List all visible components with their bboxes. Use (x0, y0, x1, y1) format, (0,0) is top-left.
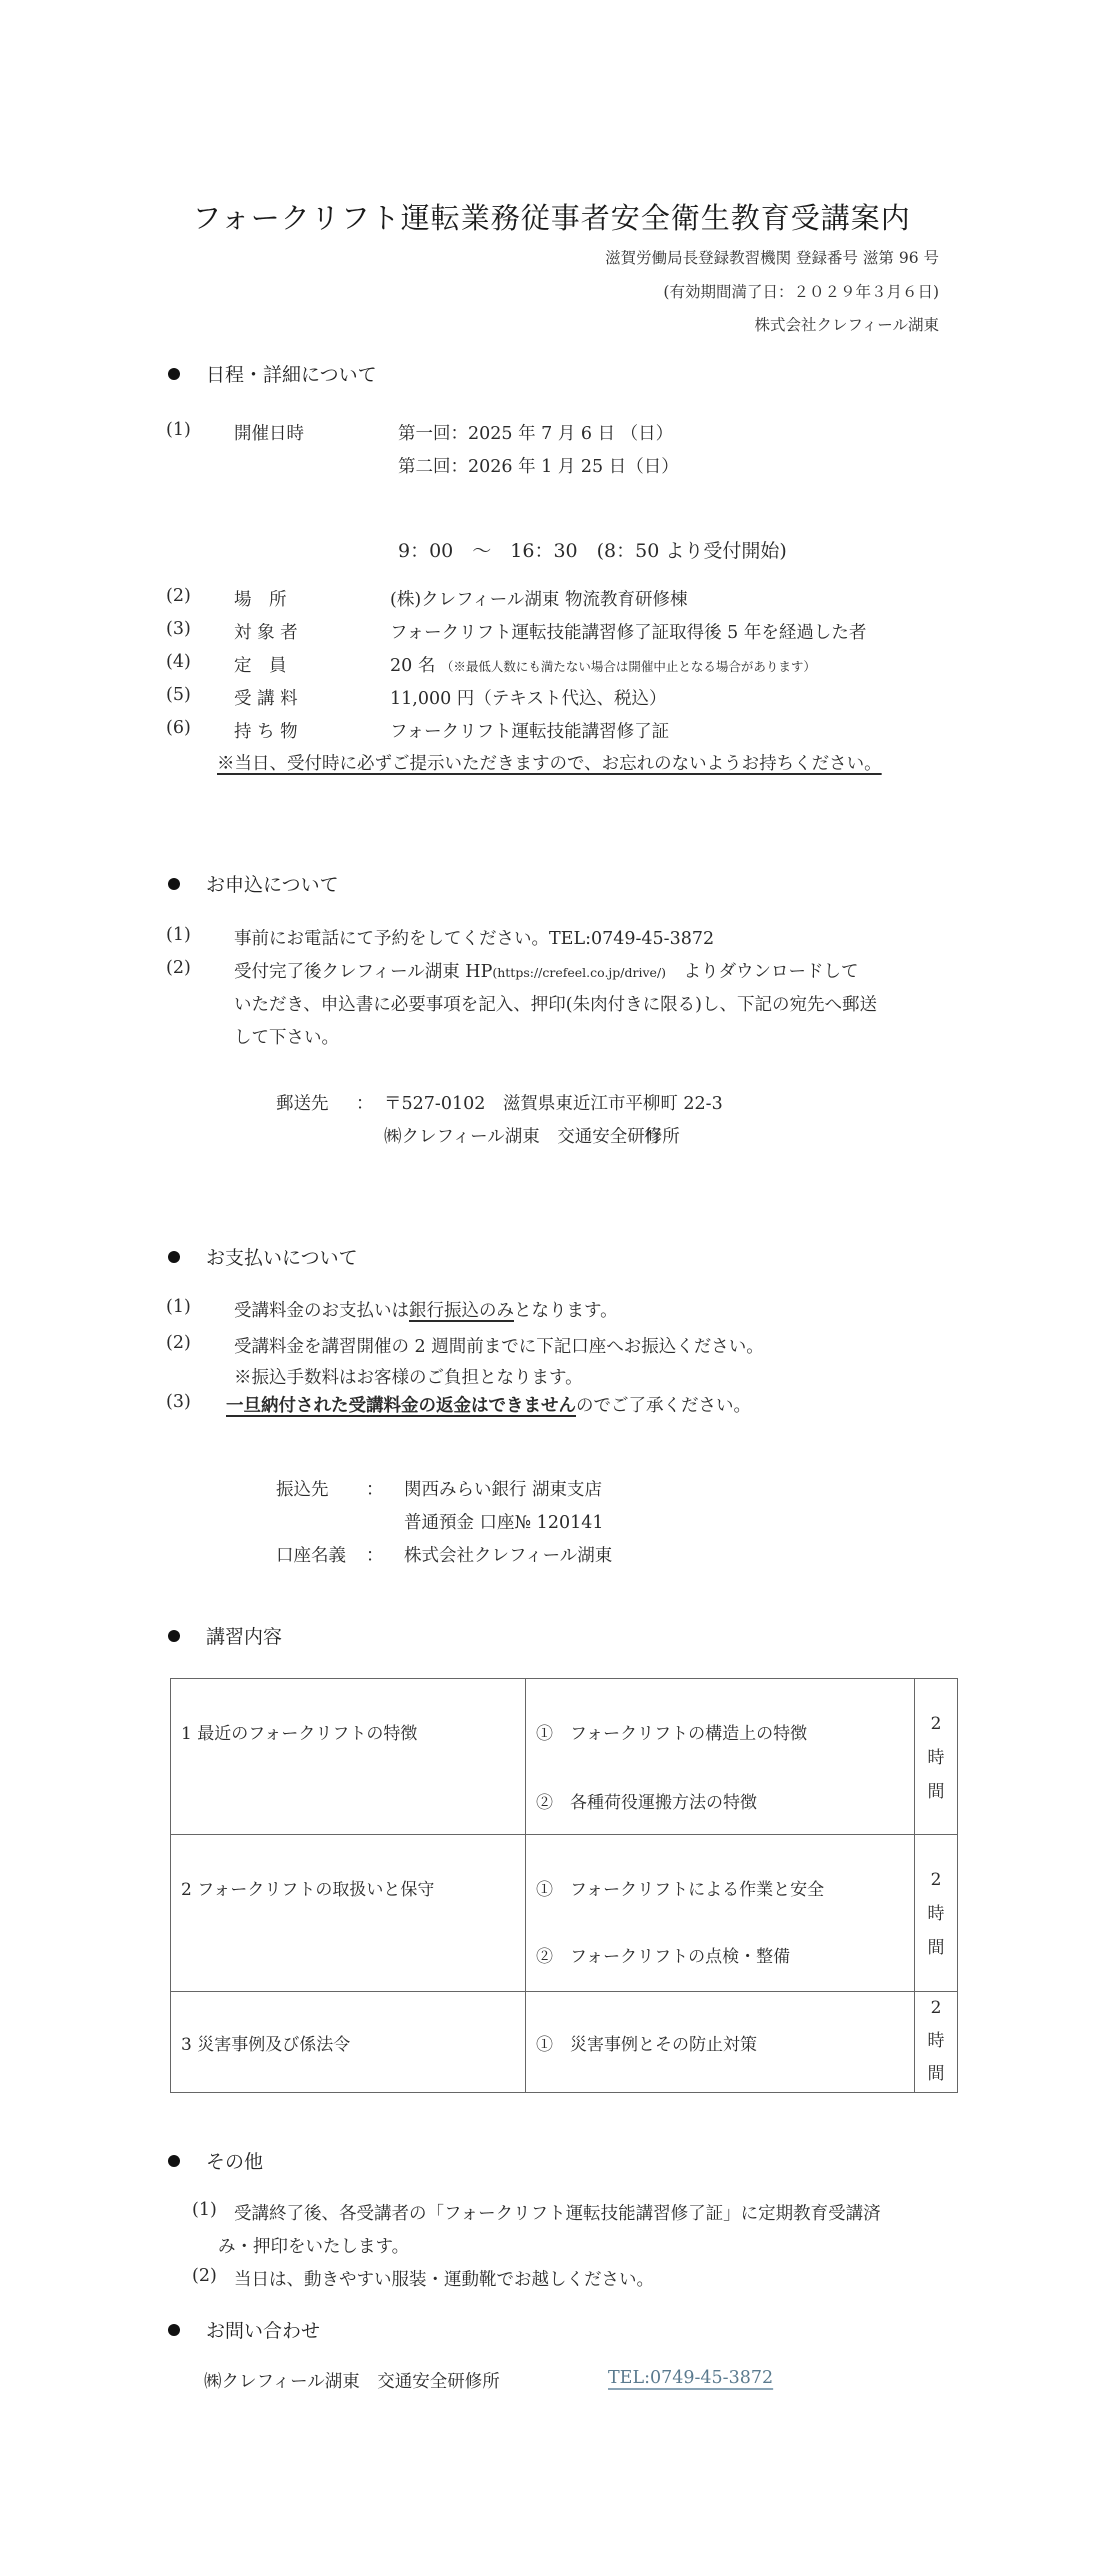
section-contact-heading: お問い合わせ (168, 2316, 320, 2343)
item-value-capacity: 20 名 （※最低人数にも満たない場合は開催中止となる場合があります） (390, 652, 816, 677)
contact-phone-link[interactable]: TEL:0749-45-3872 (608, 2368, 773, 2388)
course-subject-cell: 1 最近のフォークリフトの特徴 (171, 1679, 526, 1835)
payment-method-emphasis: 銀行振込のみ (409, 1301, 514, 1321)
item-number: (2) (192, 2266, 217, 2286)
course-hours-cell: 2 時 間 (915, 1835, 958, 1992)
item-number: (1) (166, 1297, 191, 1317)
course-hours-cell: 2 時 間 (915, 1679, 958, 1835)
course-topics-cell: ① 災害事例とその防止対策 (526, 1992, 915, 2093)
payment-item-2: 受講料金を講習開催の 2 週間前までに下記口座へお振込ください。 (234, 1333, 764, 1358)
section-title: 日程・詳細について (206, 360, 377, 387)
other-item-1: 受講終了後、各受講者の「フォークリフト運転技能講習修了証」に定期教育受講済 (234, 2200, 881, 2225)
step-2-text: 受付完了後クレフィール湖東 HP (234, 962, 492, 982)
hours-char: 間 (928, 1775, 945, 1809)
item-number: (5) (166, 685, 191, 705)
section-other-heading: その他 (168, 2147, 263, 2174)
contact-organization: ㈱クレフィール湖東 交通安全研修所 (204, 2368, 500, 2393)
item-number: (1) (166, 420, 191, 440)
section-application-heading: お申込について (168, 870, 339, 897)
course-topic: ① 災害事例とその防止対策 (526, 1992, 914, 2055)
item-number: (4) (166, 652, 191, 672)
payment-item-1: 受講料金のお支払いは銀行振込のみとなります。 (234, 1297, 618, 1322)
item-label-fee: 受 講 料 (234, 685, 298, 710)
section-title: お支払いについて (206, 1243, 358, 1270)
homepage-url[interactable]: (https://crefeel.co.jp/drive/) (492, 965, 666, 980)
mail-label: 郵送先 (276, 1090, 329, 1115)
section-title: お申込について (206, 870, 339, 897)
validity-date: (有効期間満了日：２０２９年３月６日) (663, 280, 939, 302)
item-number: (6) (166, 718, 191, 738)
hours-char: 時 (928, 2025, 945, 2058)
application-step-2: 受付完了後クレフィール湖東 HP(https://crefeel.co.jp/d… (234, 958, 859, 983)
section-title: 講習内容 (206, 1622, 282, 1649)
no-refund-emphasis: 一旦納付された受講料金の返金はできません (226, 1396, 576, 1416)
item-number: (3) (166, 619, 191, 639)
course-topic: ② フォークリフトの点検・整備 (526, 1900, 914, 1967)
payment-text-cont: となります。 (514, 1301, 618, 1321)
hours-char: 時 (928, 1897, 945, 1931)
item-value-place: (株)クレフィール湖東 物流教育研修棟 (390, 586, 687, 611)
item-value-fee: 11,000 円（テキスト代込、税込） (390, 685, 666, 710)
payment-fee-note: ※振込手数料はお客様のご負担となります。 (234, 1364, 583, 1389)
payment-item-3: 一旦納付された受講料金の返金はできませんのでご了承ください。 (226, 1392, 751, 1417)
capacity-note: （※最低人数にも満たない場合は開催中止となる場合があります） (441, 659, 816, 674)
section-title: お問い合わせ (206, 2316, 320, 2343)
hours-digit: 2 (931, 1707, 942, 1741)
other-item-1-line2: み・押印をいたします。 (218, 2233, 409, 2258)
item-label-date: 開催日時 (234, 420, 304, 445)
section-payment-heading: お支払いについて (168, 1243, 358, 1270)
table-row: 1 最近のフォークリフトの特徴 ① フォークリフトの構造上の特徴 ② 各種荷役運… (171, 1679, 958, 1835)
account-number: 普通預金 口座№ 120141 (404, 1509, 604, 1534)
course-topic: ① フォークリフトによる作業と安全 (526, 1835, 914, 1900)
course-topics-cell: ① フォークリフトによる作業と安全 ② フォークリフトの点検・整備 (526, 1835, 915, 1992)
colon: ： (366, 1542, 384, 1567)
bullet-icon (168, 1630, 180, 1642)
hours-digit: 2 (931, 1863, 942, 1897)
payment-text: 受講料金のお支払いは (234, 1301, 409, 1321)
course-topics-cell: ① フォークリフトの構造上の特徴 ② 各種荷役運搬方法の特徴 (526, 1679, 915, 1835)
item-number: (2) (166, 958, 191, 978)
mail-address: 〒527-0102 滋賀県東近江市平柳町 22-3 (384, 1090, 723, 1115)
course-table: 1 最近のフォークリフトの特徴 ① フォークリフトの構造上の特徴 ② 各種荷役運… (170, 1678, 958, 2093)
item-number: (2) (166, 586, 191, 606)
bullet-icon (168, 1251, 180, 1263)
mail-recipient: ㈱クレフィール湖東 交通安全研修所 (384, 1123, 680, 1148)
course-subject: 2 フォークリフトの取扱いと保守 (171, 1835, 525, 1900)
course-subject: 3 災害事例及び係法令 (171, 1992, 525, 2055)
item-label-place: 場 所 (234, 586, 287, 611)
table-row: 3 災害事例及び係法令 ① 災害事例とその防止対策 2 時 間 (171, 1992, 958, 2093)
application-step-2-line3: して下さい。 (234, 1024, 339, 1049)
item-number: (1) (166, 925, 191, 945)
item-label-target: 対 象 者 (234, 619, 298, 644)
hours-char: 間 (928, 1931, 945, 1965)
mail-suffix: 行 (644, 1123, 662, 1148)
section-title: その他 (206, 2147, 263, 2174)
item-number: (2) (166, 1333, 191, 1353)
other-item-2: 当日は、動きやすい服装・運動靴でお越しください。 (234, 2266, 654, 2291)
bank-name: 関西みらい銀行 湖東支店 (404, 1476, 602, 1501)
holder-label: 口座名義 (276, 1542, 346, 1567)
bullet-icon (168, 878, 180, 890)
course-topic: ② 各種荷役運搬方法の特徴 (526, 1744, 914, 1813)
course-subject-cell: 2 フォークリフトの取扱いと保守 (171, 1835, 526, 1992)
company-name: 株式会社クレフィール湖東 (755, 313, 939, 335)
bullet-icon (168, 2155, 180, 2167)
course-subject: 1 最近のフォークリフトの特徴 (171, 1679, 525, 1744)
course-topic: ① フォークリフトの構造上の特徴 (526, 1679, 914, 1744)
capacity-value: 20 名 (390, 656, 435, 676)
colon: ： (366, 1476, 384, 1501)
hours-char: 時 (928, 1741, 945, 1775)
registration-number: 滋賀労働局長登録教習機関 登録番号 滋第 96 号 (605, 246, 939, 268)
item-label-capacity: 定 員 (234, 652, 287, 677)
item-value-belongings: フォークリフト運転技能講習修了証 (390, 718, 669, 743)
session-1-date: 第一回：2025 年 7 月 6 日 （日） (398, 420, 673, 445)
bullet-icon (168, 2324, 180, 2336)
colon: ： (356, 1090, 374, 1115)
section-schedule-heading: 日程・詳細について (168, 360, 377, 387)
course-hours-cell: 2 時 間 (915, 1992, 958, 2093)
course-hours: 2 時 間 (915, 1992, 957, 2091)
hours-char: 間 (928, 2058, 945, 2091)
item-number: (3) (166, 1392, 191, 1412)
session-2-date: 第二回：2026 年 1 月 25 日（日） (398, 453, 679, 478)
application-step-1: 事前にお電話にて予約をしてください。TEL:0749-45-3872 (234, 925, 714, 950)
item-value-target: フォークリフト運転技能講習修了証取得後 5 年を経過した者 (390, 619, 866, 644)
section-course-heading: 講習内容 (168, 1622, 282, 1649)
payment-text-cont: のでご了承ください。 (576, 1396, 751, 1416)
session-time: 9：00 ～ 16：30 (8：50 より受付開始) (398, 536, 787, 563)
item-label-belongings: 持 ち 物 (234, 718, 298, 743)
belongings-notice: ※当日、受付時に必ずご提示いただきますので、お忘れのないようお持ちください。 (217, 750, 882, 775)
bullet-icon (168, 368, 180, 380)
course-hours: 2 時 間 (915, 1679, 957, 1809)
page-title: フォークリフト運転業務従事者安全衛生教育受講案内 (0, 196, 1103, 237)
item-number: (1) (192, 2200, 217, 2220)
step-2-text-cont: よりダウンロードして (666, 962, 859, 982)
application-step-2-line2: いただき、申込書に必要事項を記入、押印(朱肉付きに限る)し、下記の宛先へ郵送 (234, 991, 877, 1016)
hours-digit: 2 (931, 1992, 942, 2025)
course-hours: 2 時 間 (915, 1835, 957, 1965)
bank-label: 振込先 (276, 1476, 329, 1501)
account-holder: 株式会社クレフィール湖東 (404, 1542, 612, 1567)
table-row: 2 フォークリフトの取扱いと保守 ① フォークリフトによる作業と安全 ② フォー… (171, 1835, 958, 1992)
course-subject-cell: 3 災害事例及び係法令 (171, 1992, 526, 2093)
